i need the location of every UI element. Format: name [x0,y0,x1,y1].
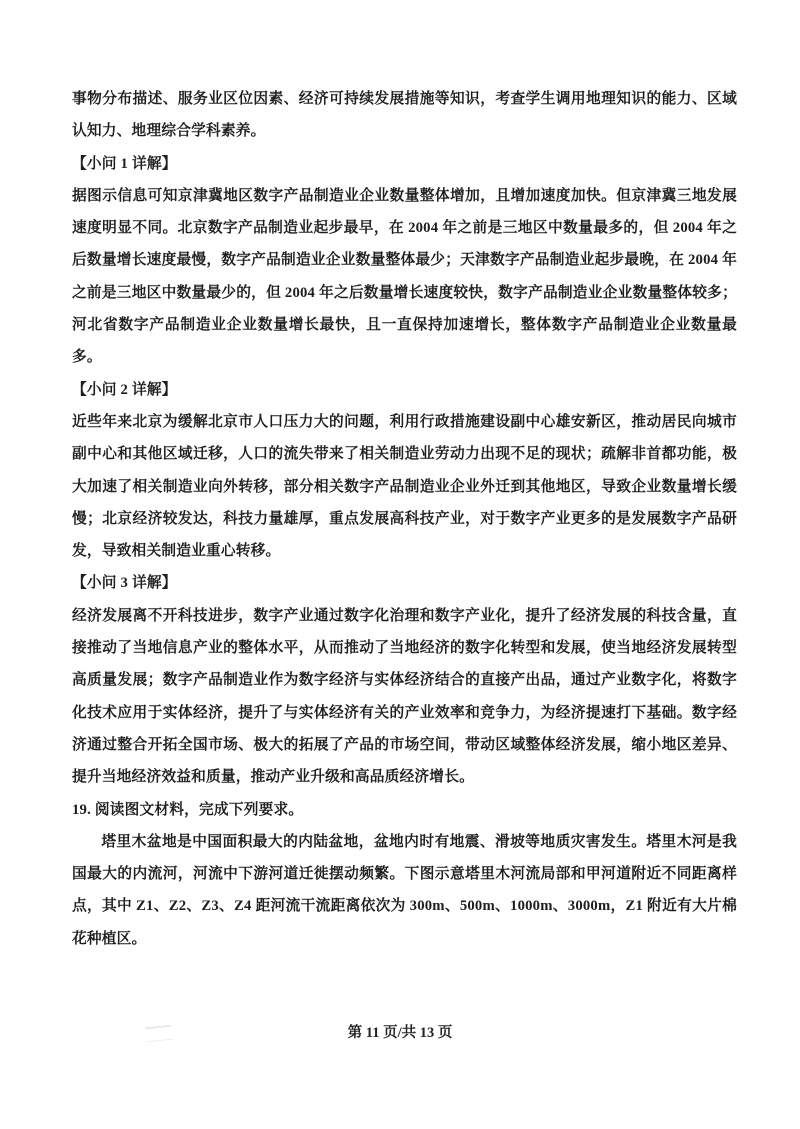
intro-continuation-paragraph: 事物分布描述、服务业区位因素、经济可持续发展措施等知识，考查学生调用地理知识的能… [72,83,737,148]
question-19-material-paragraph: 塔里木盆地是中国面积最大的内陆盆地，盆地内时有地震、滑坡等地质灾害发生。塔里木河… [72,826,737,955]
subquestion-2-explanation: 近些年来北京为缓解北京市人口压力大的问题，利用行政措施建设副中心雄安新区，推动居… [72,406,737,567]
page-number-footer: 第 11 页/共 13 页 [0,1022,800,1044]
subquestion-1-explanation: 据图示信息可知京津冀地区数字产品制造业企业数量整体增加，且增加速度加快。但京津冀… [72,180,737,374]
document-page: 事物分布描述、服务业区位因素、经济可持续发展措施等知识，考查学生调用地理知识的能… [0,0,800,1129]
page-body: 事物分布描述、服务业区位因素、经济可持续发展措施等知识，考查学生调用地理知识的能… [72,83,737,955]
subquestion-1-heading: 【小问 1 详解】 [72,148,737,180]
subquestion-3-explanation: 经济发展离不开科技进步，数字产业通过数字化治理和数字产业化，提升了经济发展的科技… [72,600,737,794]
question-19-title: 19. 阅读图文材料，完成下列要求。 [72,794,737,826]
subquestion-3-heading: 【小问 3 详解】 [72,567,737,599]
subquestion-2-heading: 【小问 2 详解】 [72,374,737,406]
